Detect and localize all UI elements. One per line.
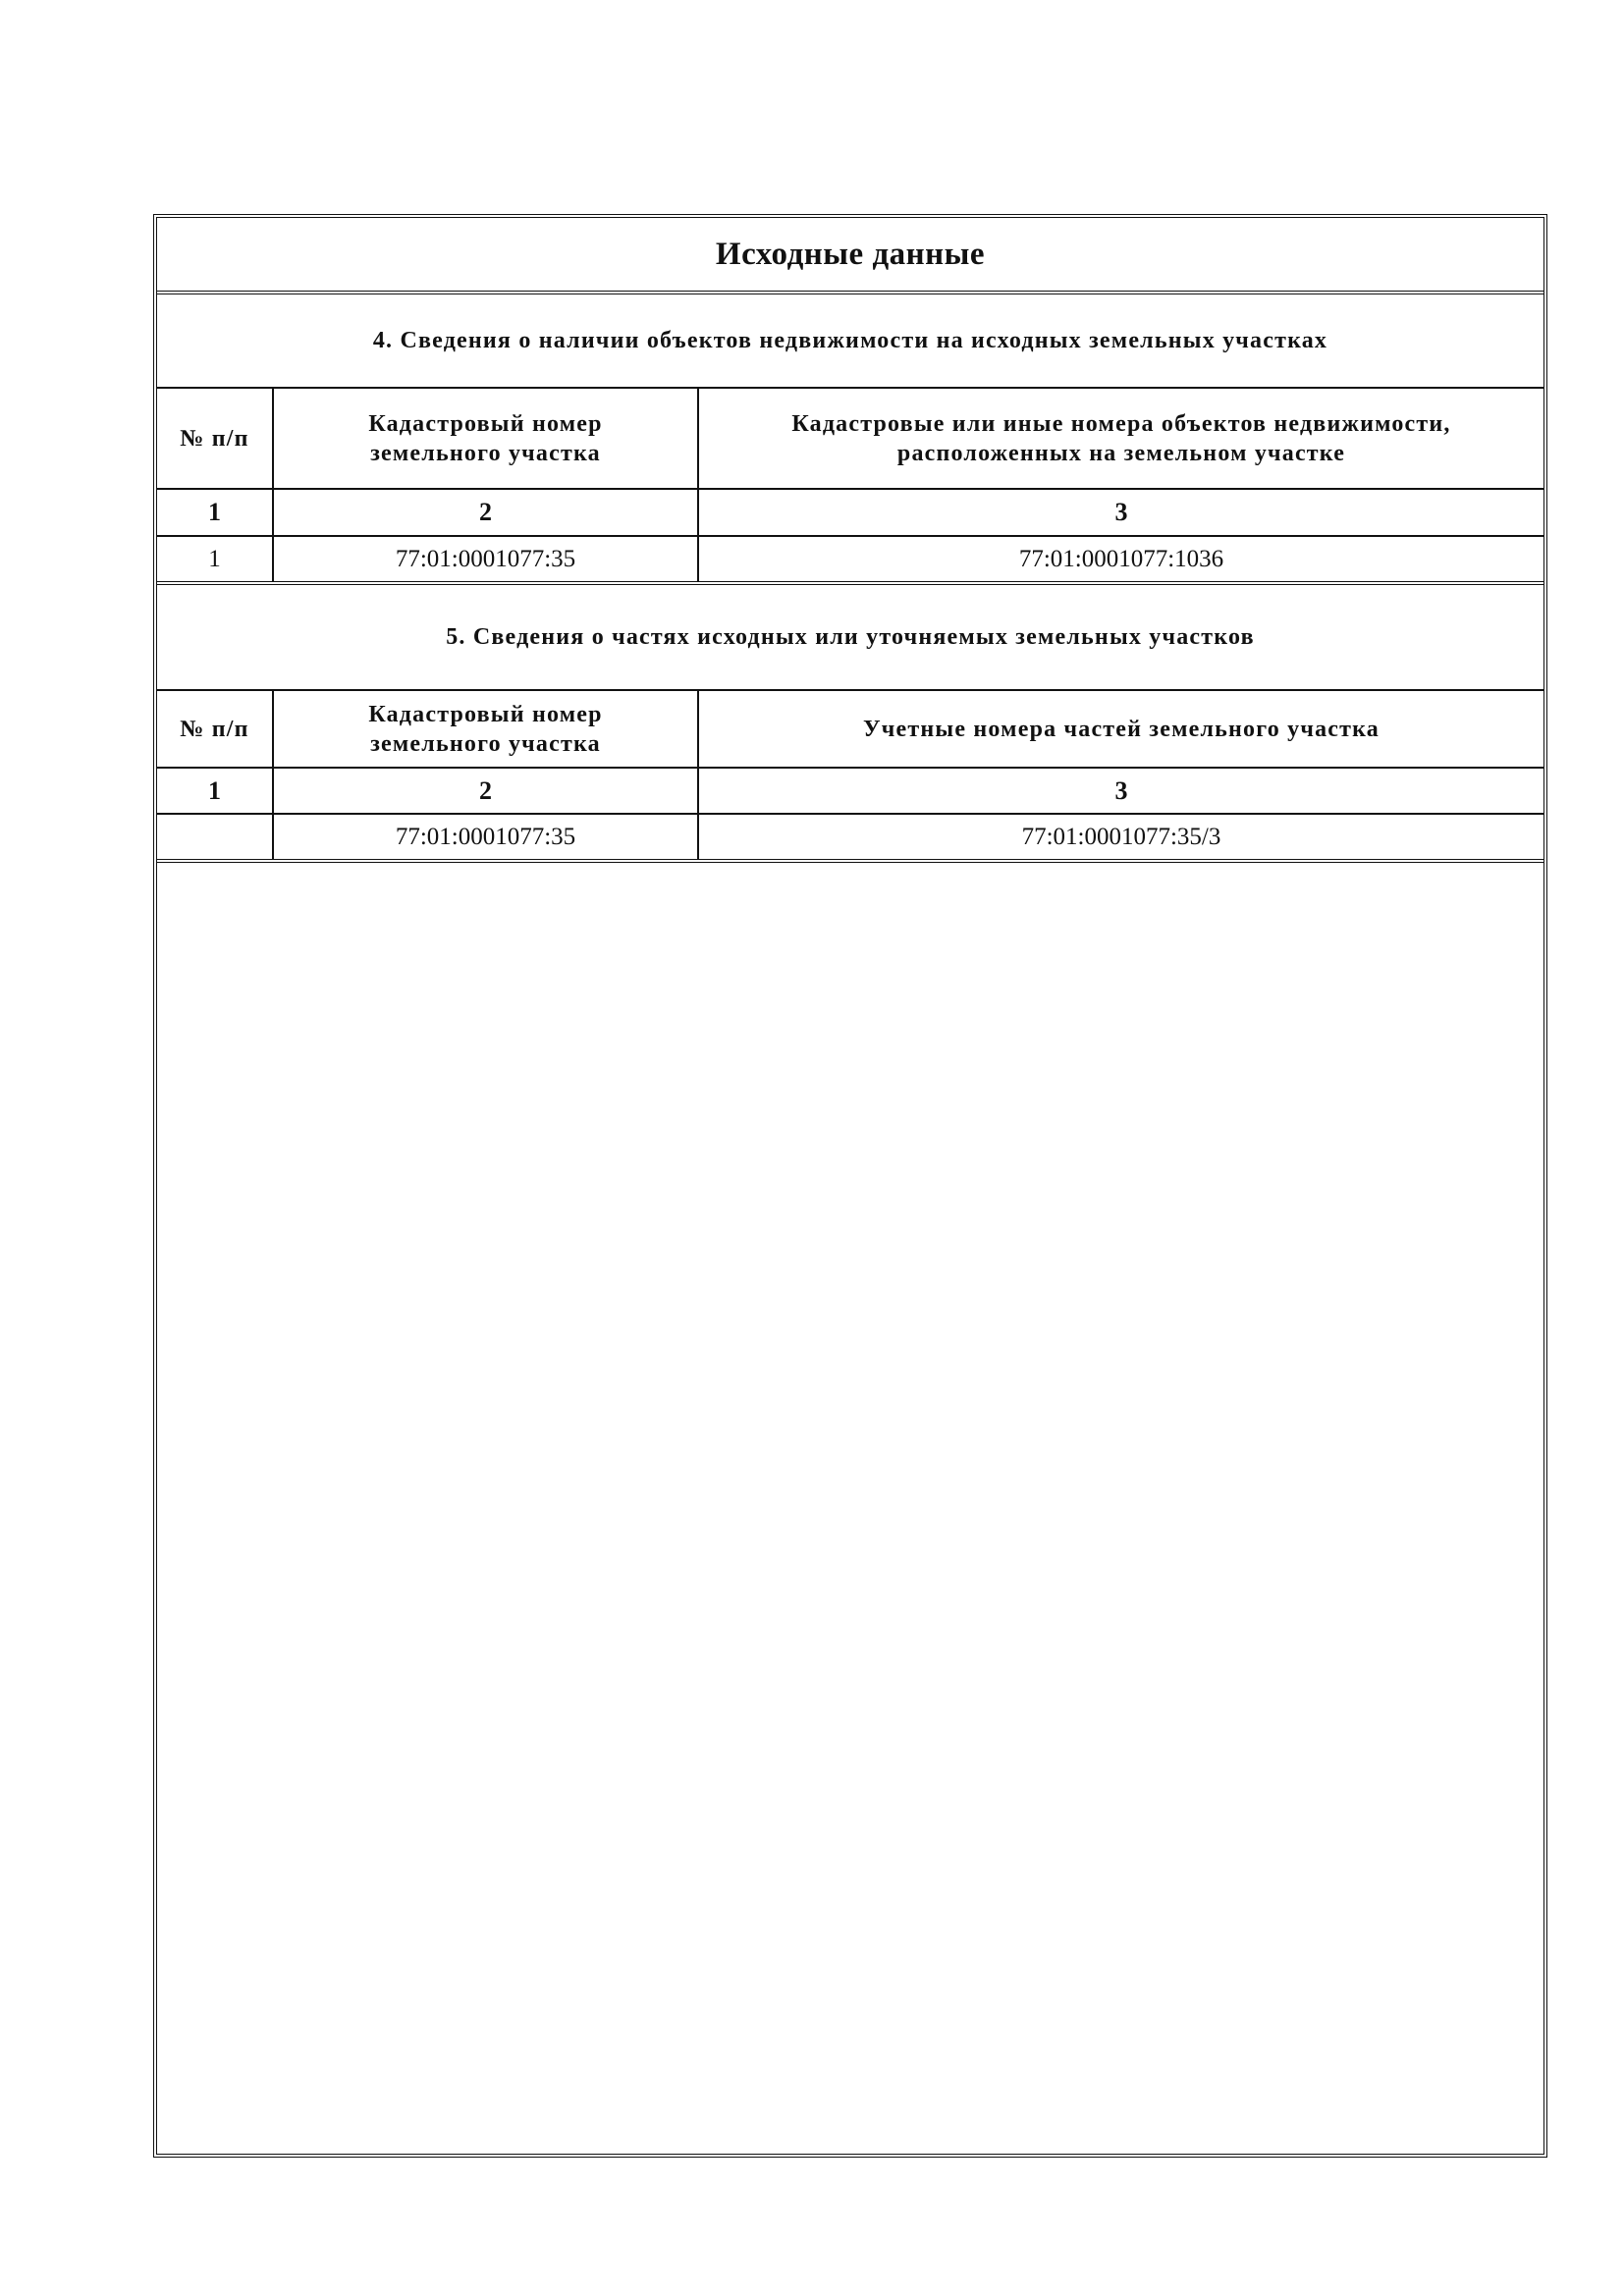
col-header-number: № п/п xyxy=(157,389,274,488)
col-header-part-numbers: Учетные номера частей земельного участка xyxy=(699,691,1543,767)
col-header-cadastral-number-text: Кадастровый номер земельного участка xyxy=(344,409,628,468)
section-4-heading: 4. Сведения о наличии объектов недвижимо… xyxy=(157,294,1543,387)
col-number-3: 3 xyxy=(699,769,1543,813)
section-4-header-row: № п/п Кадастровый номер земельного участ… xyxy=(157,389,1543,490)
object-number: 77:01:0001077:1036 xyxy=(699,537,1543,581)
col-header-cadastral-number: Кадастровый номер земельного участка xyxy=(274,389,699,488)
table-row: 77:01:0001077:35 77:01:0001077:35/3 xyxy=(157,815,1543,863)
col-header-number: № п/п xyxy=(157,691,274,767)
part-number: 77:01:0001077:35/3 xyxy=(699,815,1543,859)
cadastral-number: 77:01:0001077:35 xyxy=(274,815,699,859)
col-header-cadastral-number: Кадастровый номер земельного участка xyxy=(274,691,699,767)
col-number-2: 2 xyxy=(274,490,699,535)
page-title: Исходные данные xyxy=(157,218,1543,291)
col-header-objects: Кадастровые или иные номера объектов нед… xyxy=(699,389,1543,488)
col-number-2: 2 xyxy=(274,769,699,813)
section-4-column-numbers-row: 1 2 3 xyxy=(157,490,1543,537)
cadastral-number: 77:01:0001077:35 xyxy=(274,537,699,581)
row-index xyxy=(157,815,274,859)
col-number-3: 3 xyxy=(699,490,1543,535)
col-header-objects-text: Кадастровые или иные номера объектов нед… xyxy=(719,409,1524,468)
section-5-header-row: № п/п Кадастровый номер земельного участ… xyxy=(157,691,1543,769)
table-row: 1 77:01:0001077:35 77:01:0001077:1036 xyxy=(157,537,1543,585)
document-frame: Исходные данные 4. Сведения о наличии об… xyxy=(153,214,1547,2158)
col-number-1: 1 xyxy=(157,769,274,813)
section-5-heading-row: 5. Сведения о частях исходных или уточня… xyxy=(157,585,1543,691)
page-title-row: Исходные данные xyxy=(157,218,1543,294)
col-number-1: 1 xyxy=(157,490,274,535)
section-4-heading-row: 4. Сведения о наличии объектов недвижимо… xyxy=(157,294,1543,389)
section-5-heading: 5. Сведения о частях исходных или уточня… xyxy=(157,585,1543,689)
section-5-column-numbers-row: 1 2 3 xyxy=(157,769,1543,815)
row-index: 1 xyxy=(157,537,274,581)
col-header-cadastral-number-text: Кадастровый номер земельного участка xyxy=(344,700,628,759)
